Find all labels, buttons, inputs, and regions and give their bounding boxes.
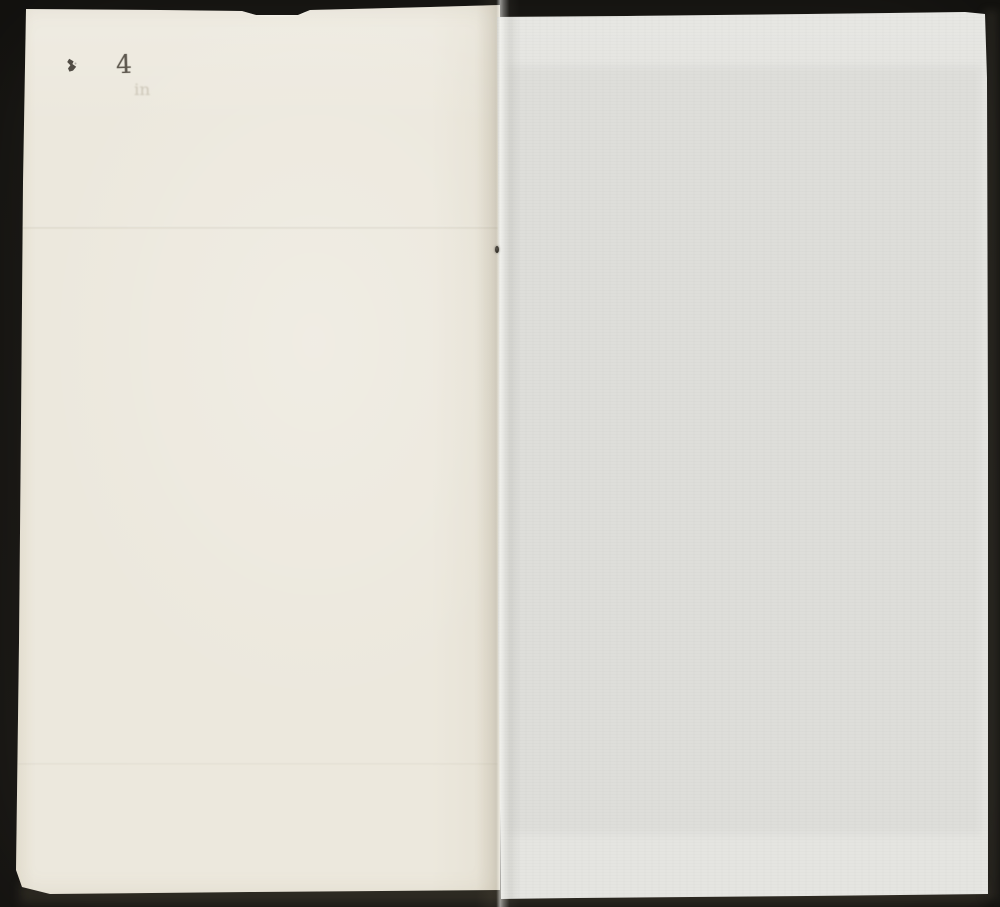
inner-sheet-tone: [507, 66, 981, 834]
left-page: 4 in: [10, 2, 500, 897]
right-page: [497, 8, 989, 900]
crease-line-upper: [18, 226, 498, 229]
gutter-fold: [476, 0, 520, 907]
scan-background: 4 in: [0, 0, 1000, 907]
top-edge-chip: [248, 8, 306, 16]
ink-blot-mark: [66, 58, 79, 73]
crease-line-lower: [18, 762, 498, 765]
page-number: 4: [115, 50, 132, 80]
stitch-hole-icon: [495, 246, 499, 253]
emboss-mark: in: [134, 81, 150, 100]
